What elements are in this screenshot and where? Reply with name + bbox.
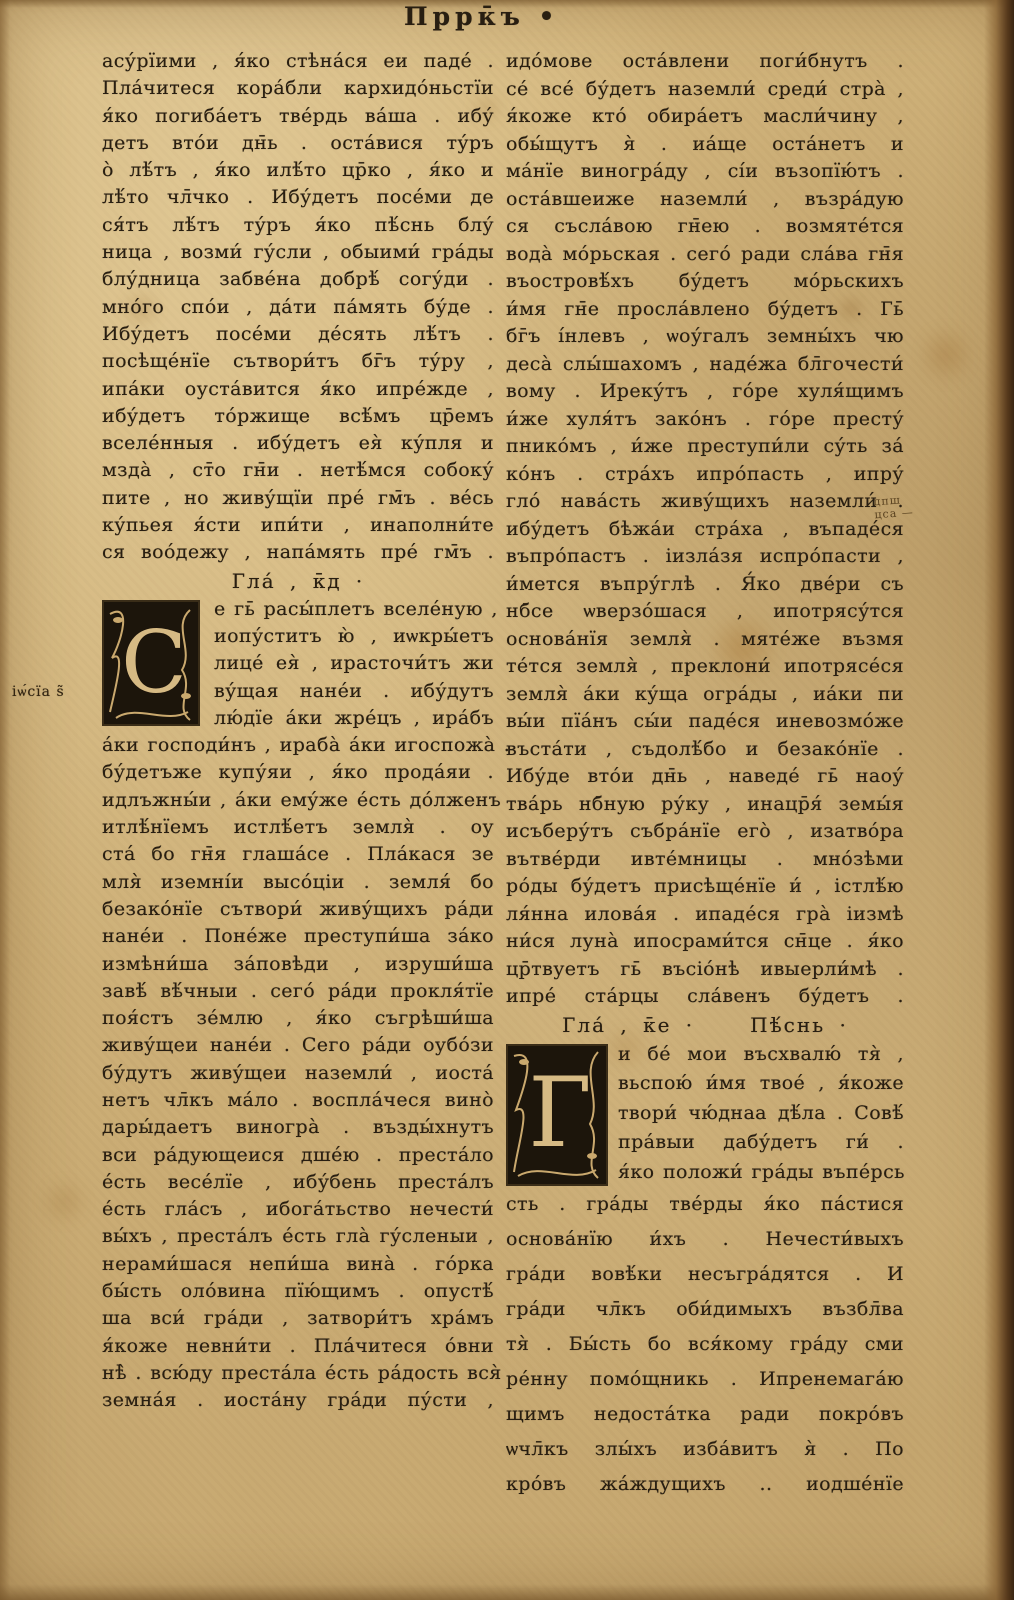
text-line: вы́хъ , преста́лъ е́сть гла̀ гу́сленыи , — [102, 1223, 494, 1250]
text-line: мзда̀ , ст̄о гн̄и . нетѣ́мся собоку́ — [102, 457, 494, 484]
text-line: вода̀ мо́рьская . сего́ ради сла́ва гн̄я — [506, 241, 904, 269]
text-line: гло́ нава́сть живу́щихъ наземли́ . — [506, 488, 904, 516]
song-heading-label: Пѣ́снь · — [750, 1013, 848, 1037]
text-line: е́сть гла́съ , ибога́тьство нечести́ — [102, 1196, 494, 1223]
text-line: гра́ди вовѣ́ки несъгра́дятся . И — [506, 1257, 904, 1292]
text-line: ѡчл̄къ злы́хъ изба́витъ я̀ . По — [506, 1432, 904, 1467]
text-line: блу́дница забве́на добрѣ́ согу́ди . — [102, 266, 494, 293]
text-line: живу́щеи нане́и . Сего ра́ди оубо́зи — [102, 1032, 494, 1059]
right-column-upper-block: идо́мове оста́влени поги́бнутъ .се́ все́… — [506, 48, 904, 1011]
text-line: гра́ди чл̄къ оби́димыхъ възбл̄ва — [506, 1292, 904, 1327]
left-column-lower-block: а́ки господи́нъ , ираба̀ а́ки игоспожа̀ … — [102, 732, 494, 1414]
text-line: идо́мове оста́влени поги́бнутъ . — [506, 48, 904, 76]
text-line: твори́ чю́днаа дѣ́ла . Совѣ́ — [618, 1099, 904, 1129]
text-line: Пла́читеся кора́бли кархидо́ньстїи — [102, 75, 494, 102]
text-line: нб̄се ѡверзо́шася , ипотрясу́тся — [506, 598, 904, 626]
text-line: и́же хуля́тъ зако́нъ . го́ре престу́ — [506, 406, 904, 434]
text-line: посѣще́нїе сътвори́тъ бг̄ъ ту́ру , — [102, 348, 494, 375]
text-line: лѣ́то чл̄чко . Ибу́детъ посе́ми де — [102, 184, 494, 211]
text-line: е гь̄ расы́плетъ вселе́ную , — [214, 596, 494, 623]
right-dropcap-lines: и бе́ мои въсхвалю́ тя̀ ,вьспою́ и́мя тв… — [618, 1040, 904, 1188]
book-page: Пррк̄ъ • іѡ́сїа ѕ̃ дпш цса — асу́рїими ,… — [0, 0, 1014, 1600]
text-line: детъ вто́и дн̄ь . оста́вися ту́ръ — [102, 130, 494, 157]
text-line: завѣ́ вѣ́чныи . сего́ ра́ди прокля́тїе — [102, 978, 494, 1005]
svg-text:С: С — [121, 613, 187, 713]
text-line: и́мется въпру́глѣ . Я́ко две́ри съ — [506, 571, 904, 599]
text-line: нетъ чл̄къ ма́ло . воспла́чеся вино̀ — [102, 1087, 494, 1114]
svg-text:Г: Г — [528, 1057, 592, 1169]
text-line: ница , возми́ гу́сли , обыими́ гра́ды — [102, 239, 494, 266]
text-line: тва́рь нб̄ную ру́ку , инацр̄я́ земы́я — [506, 791, 904, 819]
text-line: ибу́детъ то́ржище всѣ́мъ цр̄емъ — [102, 403, 494, 430]
text-line: ша вси́ гра́ди , затвори́тъ хра́мъ — [102, 1305, 494, 1332]
text-line: обы́щутъ я̀ . иа́ще оста́нетъ и — [506, 131, 904, 159]
text-line: основа́нїя земля̀ . мяте́же възмя — [506, 626, 904, 654]
drop-cap-initial-g: Г — [506, 1044, 608, 1186]
text-line: пра́выи дабу́детъ ги́ . — [618, 1128, 904, 1158]
left-dropcap-lines: е гь̄ расы́плетъ вселе́ную ,иопу́ститъ ю… — [214, 596, 494, 732]
drop-cap-initial-s: С — [102, 600, 200, 726]
text-line: ся́тъ лѣ́тъ ту́ръ я́ко пѣ́снь блу́ — [102, 212, 494, 239]
text-line: вселе́нныя . ибу́детъ ея̀ ку́пля и — [102, 430, 494, 457]
text-line: я́коже невни́ти . Пла́читеся о́вни — [102, 1333, 494, 1360]
text-line: ся съсла́вою гн̄ею . возмяте́тся — [506, 213, 904, 241]
text-line: бу́детъже купу́яи , я́ко прода́яи . — [102, 759, 494, 786]
text-line: лю́дїе а́ки жре́цъ , ира́бъ — [214, 705, 494, 732]
text-line: безако́нїе сътвори́ живу́щихъ ра́ди — [102, 896, 494, 923]
text-line: ку́пьея я́сти ипи́ти , инаполни́те — [102, 512, 494, 539]
text-line: и бе́ мои въсхвалю́ тя̀ , — [618, 1040, 904, 1070]
text-line: бы́сть оло́вина пїю́щимъ . опустѣ́ — [102, 1278, 494, 1305]
text-line: я́ко погиба́етъ тве́рдь ва́ша . ибу́ — [102, 103, 494, 130]
text-line: Ибу́детъ посе́ми де́сять лѣ́тъ . — [102, 321, 494, 348]
text-line: ибу́детъ бѣжа́и стра́ха , въпаде́ся — [506, 516, 904, 544]
paper-stain — [922, 320, 970, 390]
text-line: а́ки господи́нъ , ираба̀ а́ки игоспожа̀ … — [102, 732, 494, 759]
text-line: оста́вшеиже наземли́ , възра́дую — [506, 186, 904, 214]
text-line: тя̀ . Бы́сть бо вся́кому гра́ду сми — [506, 1327, 904, 1362]
text-line: щимъ недоста́тка ради покро́въ — [506, 1397, 904, 1432]
text-line: ля́нна илова́я . ипаде́ся гра̀ іизмѣ — [506, 901, 904, 929]
text-line: ма́нїе виногра́ду , сі́и възопїю́тъ . — [506, 158, 904, 186]
running-header: Пррк̄ъ • — [404, 2, 559, 31]
paper-stain — [36, 1180, 92, 1224]
text-line: ипре́ ста́рцы сла́венъ бу́детъ . — [506, 983, 904, 1011]
text-line: мно́го спо́и , да́ти па́мять бу́де . — [102, 294, 494, 321]
text-line: нане́и . Поне́же преступи́ша за́ко — [102, 923, 494, 950]
text-line: ни́ся луна̀ ипосрами́тся сн̄це . я́ко — [506, 928, 904, 956]
chapter-heading-label: Гла́ , к̄е · — [562, 1013, 694, 1037]
text-line: деса̀ слы́шахомъ , наде́жа бл̄гочести́ — [506, 351, 904, 379]
text-line: измѣни́ша за́повѣди , изруши́ша — [102, 951, 494, 978]
text-line: е́сть весе́лїе , ибу́бень преста́лъ — [102, 1169, 494, 1196]
text-line: исъберу́тъ събра́нїе его̀ , изатво́ра — [506, 818, 904, 846]
text-line: вьспою́ и́мя твое́ , я́коже — [618, 1069, 904, 1099]
text-line: о̀ лѣ́тъ , я́ко илѣ́то цр̄ко , я́ко и — [102, 157, 494, 184]
text-line: ву́щая нане́и . ибу́дутъ — [214, 678, 494, 705]
text-line: нерами́шася непи́ша вина̀ . го́рка — [102, 1251, 494, 1278]
text-line: въостровѣ́хъ бу́детъ мо́рьскихъ — [506, 268, 904, 296]
book-gutter-shadow — [984, 0, 1014, 1600]
text-line: въста́ти , съдолѣ́бо и безако́нїе . — [506, 736, 904, 764]
text-line: те́тся земля̀ , преклони́ ипотрясе́ся — [506, 653, 904, 681]
text-line: ко́нъ . стра́хъ ипро́пасть , ипру́ — [506, 461, 904, 489]
text-line: ста́ бо гн̄я глаша́се . Пла́кася зе — [102, 841, 494, 868]
chapter-heading-25: Гла́ , к̄е ·Пѣ́снь · — [506, 1011, 904, 1040]
left-dropcap-section: С е гь̄ расы́плетъ вселе́ную ,иопу́ститъ… — [102, 596, 494, 732]
text-line: идлъжны́и , а́ки ему́же е́сть до́лженъ — [102, 787, 494, 814]
text-line: пнико́мъ , и́же преступи́ли су́ть за́ — [506, 433, 904, 461]
right-text-column: идо́мове оста́влени поги́бнутъ .се́ все́… — [506, 48, 904, 1502]
text-line: лице́ ея̀ , ирасточи́тъ жи — [214, 650, 494, 677]
text-line: асу́рїими , я́ко стѣна́ся еи паде́ . — [102, 48, 494, 75]
text-line: поя́стъ зе́млю , я́ко съгрѣши́ша — [102, 1005, 494, 1032]
text-line: земля̀ а́ки ку́ща огра́ды , иа́ки пи — [506, 681, 904, 709]
text-line: ре́нну помо́щникь . Ипренемага́ю — [506, 1362, 904, 1397]
text-line: основа́нїю и́хъ . Нечести́выхъ — [506, 1222, 904, 1257]
text-line: земна́я . иоста́ну гра́ди пу́сти , — [102, 1387, 494, 1414]
text-line: вси ра́дующеися дше́ю . преста́ло — [102, 1142, 494, 1169]
text-line: Ибу́де вто́и дн̄ь , наведе́ гь̄ наоу́ — [506, 763, 904, 791]
left-column-upper-block: асу́рїими , я́ко стѣна́ся еи паде́ .Пла́… — [102, 48, 494, 567]
text-line: цр̄твуетъ гь̄ въсіо́нѣ ивыерли́мѣ . — [506, 956, 904, 984]
page-left-edge-shadow — [0, 0, 10, 1600]
text-line: вы́и пїа́нъ сы́и паде́ся иневозмо́же — [506, 708, 904, 736]
text-line: се́ все́ бу́детъ наземли́ среди́ стра̀ , — [506, 76, 904, 104]
text-line: кро́въ жа́ждущихъ .. иодше́нїе — [506, 1467, 904, 1502]
text-line: въпро́пастъ . іизла́зя испро́пасти , — [506, 543, 904, 571]
text-line: вътве́рди ивте́мницы . мно́зѣми — [506, 846, 904, 874]
text-line: дары́даетъ виногра̀ . възды́хнутъ — [102, 1114, 494, 1141]
text-line: я́ко положи́ гра́ды въпе́рсь — [618, 1158, 904, 1188]
page-bottom-edge-shadow — [0, 1584, 1014, 1600]
right-dropcap-section: Г и бе́ мои въсхвалю́ тя̀ ,вьспою́ и́мя … — [506, 1040, 904, 1188]
text-line: итлѣ́нїемъ истлѣ́етъ земля̀ . оу — [102, 814, 494, 841]
margin-note-hosea: іѡ́сїа ѕ̃ — [12, 684, 65, 701]
text-line: ро́ды бу́детъ присѣще́нїе и́ , істлѣ́ю — [506, 873, 904, 901]
text-line: иопу́ститъ ю̀ , иѡкры́етъ — [214, 623, 494, 650]
text-line: ипа́ки оуста́вится я́ко ипре́жде , — [102, 376, 494, 403]
left-text-column: асу́рїими , я́ко стѣна́ся еи паде́ .Пла́… — [102, 48, 494, 1415]
text-line: вому . Иреку́тъ , го́ре хуля́щимъ — [506, 378, 904, 406]
right-column-lower-block: сть . гра́ды тве́рды я́ко па́стисяоснова… — [506, 1187, 904, 1502]
text-line: мля̀ иземні́и высо́ціи . земля́ бо — [102, 869, 494, 896]
text-line: ся воо́дежу , напа́мять пре́ гм̄ъ . — [102, 539, 494, 566]
text-line: и́мя гн̄е просла́влено бу́детъ . Гь̄ — [506, 296, 904, 324]
text-line: пите , но живу́щїи пре́ гм̄ъ . ве́сь — [102, 485, 494, 512]
chapter-heading-24: Гла́ , к̄д · — [102, 567, 494, 596]
text-line: бу́дутъ живу́щеи наземли́ , иоста́ — [102, 1060, 494, 1087]
text-line: нѣ̀ . всю́ду преста́ла е́сть ра́дость вс… — [102, 1360, 494, 1387]
text-line: сть . гра́ды тве́рды я́ко па́стися — [506, 1187, 904, 1222]
text-line: бг̄ъ і́нлевъ , ѡоу́галъ земны́хъ чю — [506, 323, 904, 351]
text-line: я́коже кто́ обира́етъ масли́чину , — [506, 103, 904, 131]
